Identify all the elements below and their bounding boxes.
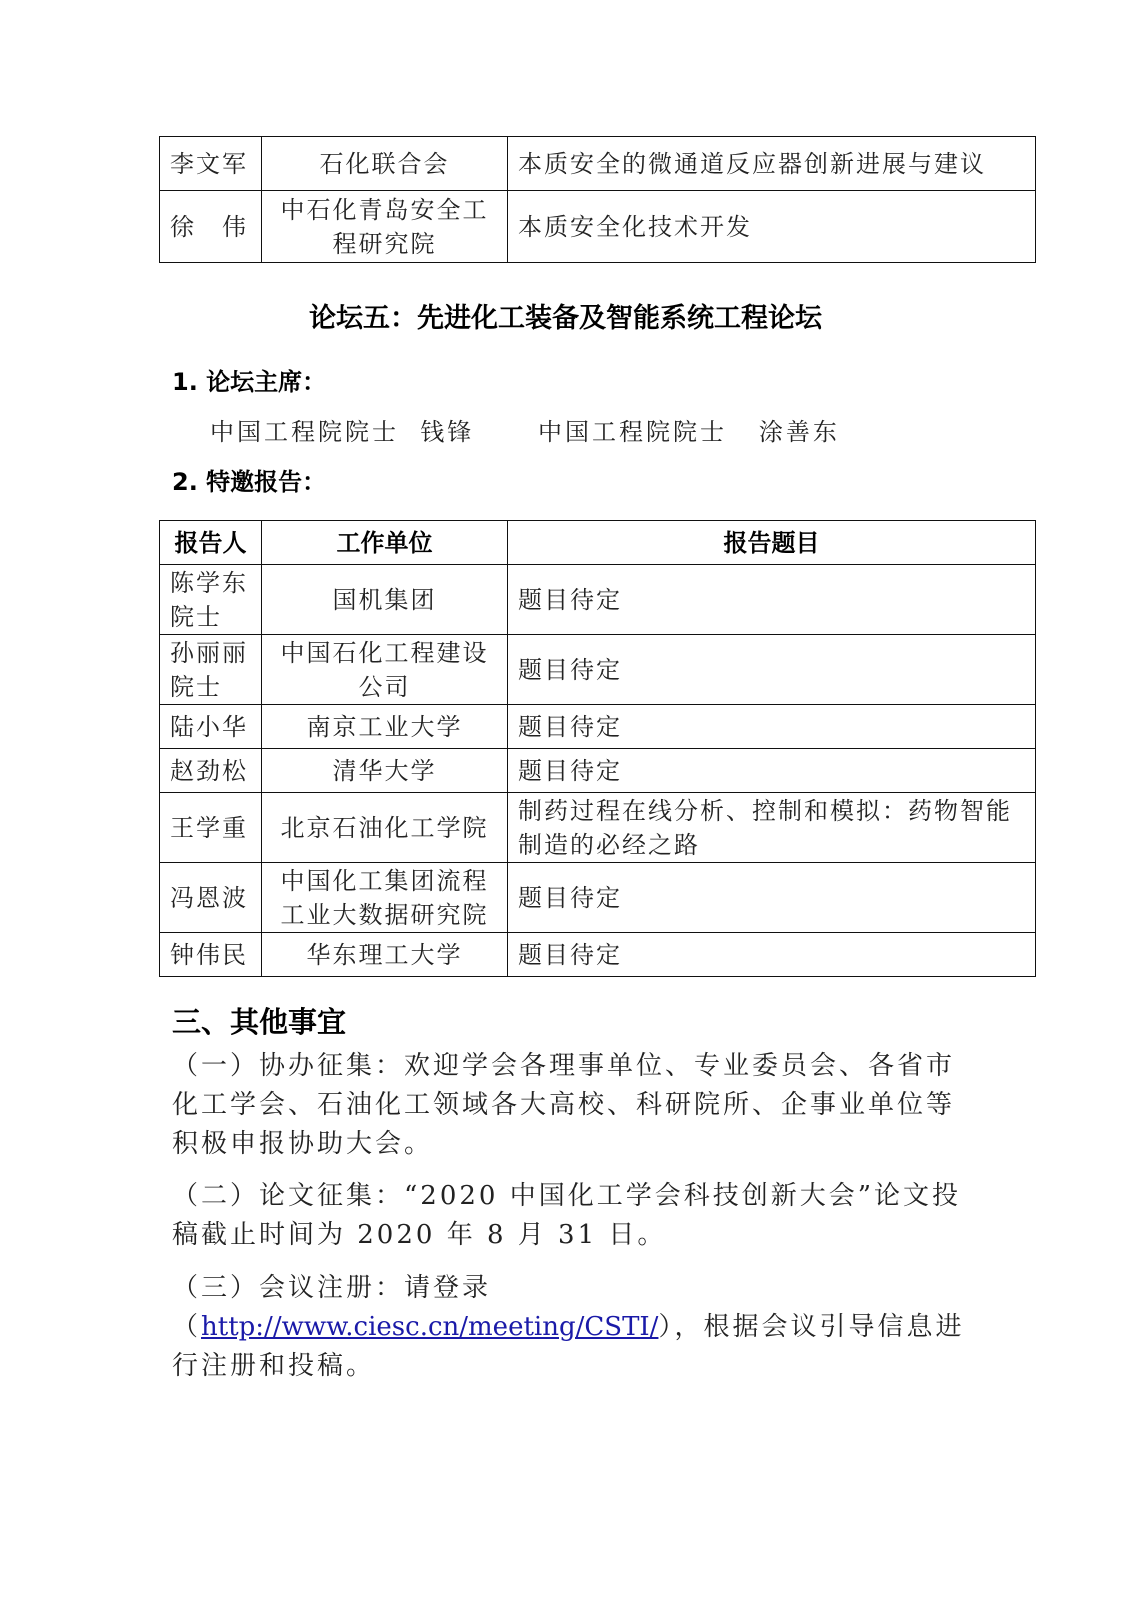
speaker-title: 题目待定 [508,565,1036,635]
speaker-title: 题目待定 [508,863,1036,933]
speaker-title: 题目待定 [508,635,1036,705]
speaker-title: 题目待定 [508,705,1036,749]
speaker-name: 赵劲松 [160,749,262,793]
speaker-org: 中石化青岛安全工程研究院 [262,191,508,263]
table-row: 赵劲松 清华大学 题目待定 [160,749,1036,793]
table-row: 徐 伟 中石化青岛安全工程研究院 本质安全化技术开发 [160,191,1036,263]
table-row: 钟伟民 华东理工大学 题目待定 [160,933,1036,977]
paragraph-co-organizer: （一）协办征集：欢迎学会各理事单位、专业委员会、各省市化工学会、石油化工领域各大… [172,1047,972,1164]
forum-chairs: 中国工程院院士 钱锋 中国工程院院士 涂善东 [210,412,840,447]
speaker-title: 本质安全化技术开发 [508,191,1036,263]
column-header-org: 工作单位 [262,521,508,565]
table-row: 孙丽丽院士 中国石化工程建设公司 题目待定 [160,635,1036,705]
speaker-org: 清华大学 [262,749,508,793]
table-header-row: 报告人 工作单位 报告题目 [160,521,1036,565]
report-heading: 2. 特邀报告： [172,462,326,497]
speaker-org: 中国化工集团流程工业大数据研究院 [262,863,508,933]
forum-title: 论坛五：先进化工装备及智能系统工程论坛 [0,296,1131,335]
chair-heading: 1. 论坛主席： [172,362,326,397]
paragraph-registration: （三）会议注册：请登录（http://www.ciesc.cn/meeting/… [172,1269,972,1386]
speaker-name: 徐 伟 [160,191,262,263]
column-header-speaker: 报告人 [160,521,262,565]
speaker-name: 孙丽丽院士 [160,635,262,705]
table-row: 李文军 石化联合会 本质安全的微通道反应器创新进展与建议 [160,137,1036,191]
table-row: 冯恩波 中国化工集团流程工业大数据研究院 题目待定 [160,863,1036,933]
speaker-name: 陆小华 [160,705,262,749]
speaker-org: 北京石油化工学院 [262,793,508,863]
speaker-org: 国机集团 [262,565,508,635]
speaker-org: 华东理工大学 [262,933,508,977]
speaker-name: 王学重 [160,793,262,863]
speaker-title: 制药过程在线分析、控制和模拟：药物智能制造的必经之路 [508,793,1036,863]
speaker-name: 陈学东院士 [160,565,262,635]
registration-link[interactable]: http://www.ciesc.cn/meeting/CSTI/ [201,1312,658,1342]
speaker-org: 南京工业大学 [262,705,508,749]
speaker-name: 冯恩波 [160,863,262,933]
table-row: 王学重 北京石油化工学院 制药过程在线分析、控制和模拟：药物智能制造的必经之路 [160,793,1036,863]
speaker-table-continued: 李文军 石化联合会 本质安全的微通道反应器创新进展与建议 徐 伟 中石化青岛安全… [159,136,1036,263]
section-heading-other: 三、其他事宜 [172,1000,346,1041]
speaker-org: 石化联合会 [262,137,508,191]
speaker-title: 题目待定 [508,749,1036,793]
table-row: 陆小华 南京工业大学 题目待定 [160,705,1036,749]
paragraph-paper-submission: （二）论文征集：“2020 中国化工学会科技创新大会”论文投稿截止时间为 202… [172,1177,972,1255]
speaker-name: 钟伟民 [160,933,262,977]
table-row: 陈学东院士 国机集团 题目待定 [160,565,1036,635]
speaker-title: 本质安全的微通道反应器创新进展与建议 [508,137,1036,191]
speaker-title: 题目待定 [508,933,1036,977]
column-header-title: 报告题目 [508,521,1036,565]
invited-reports-table: 报告人 工作单位 报告题目 陈学东院士 国机集团 题目待定 孙丽丽院士 中国石化… [159,520,1036,977]
speaker-org: 中国石化工程建设公司 [262,635,508,705]
speaker-name: 李文军 [160,137,262,191]
